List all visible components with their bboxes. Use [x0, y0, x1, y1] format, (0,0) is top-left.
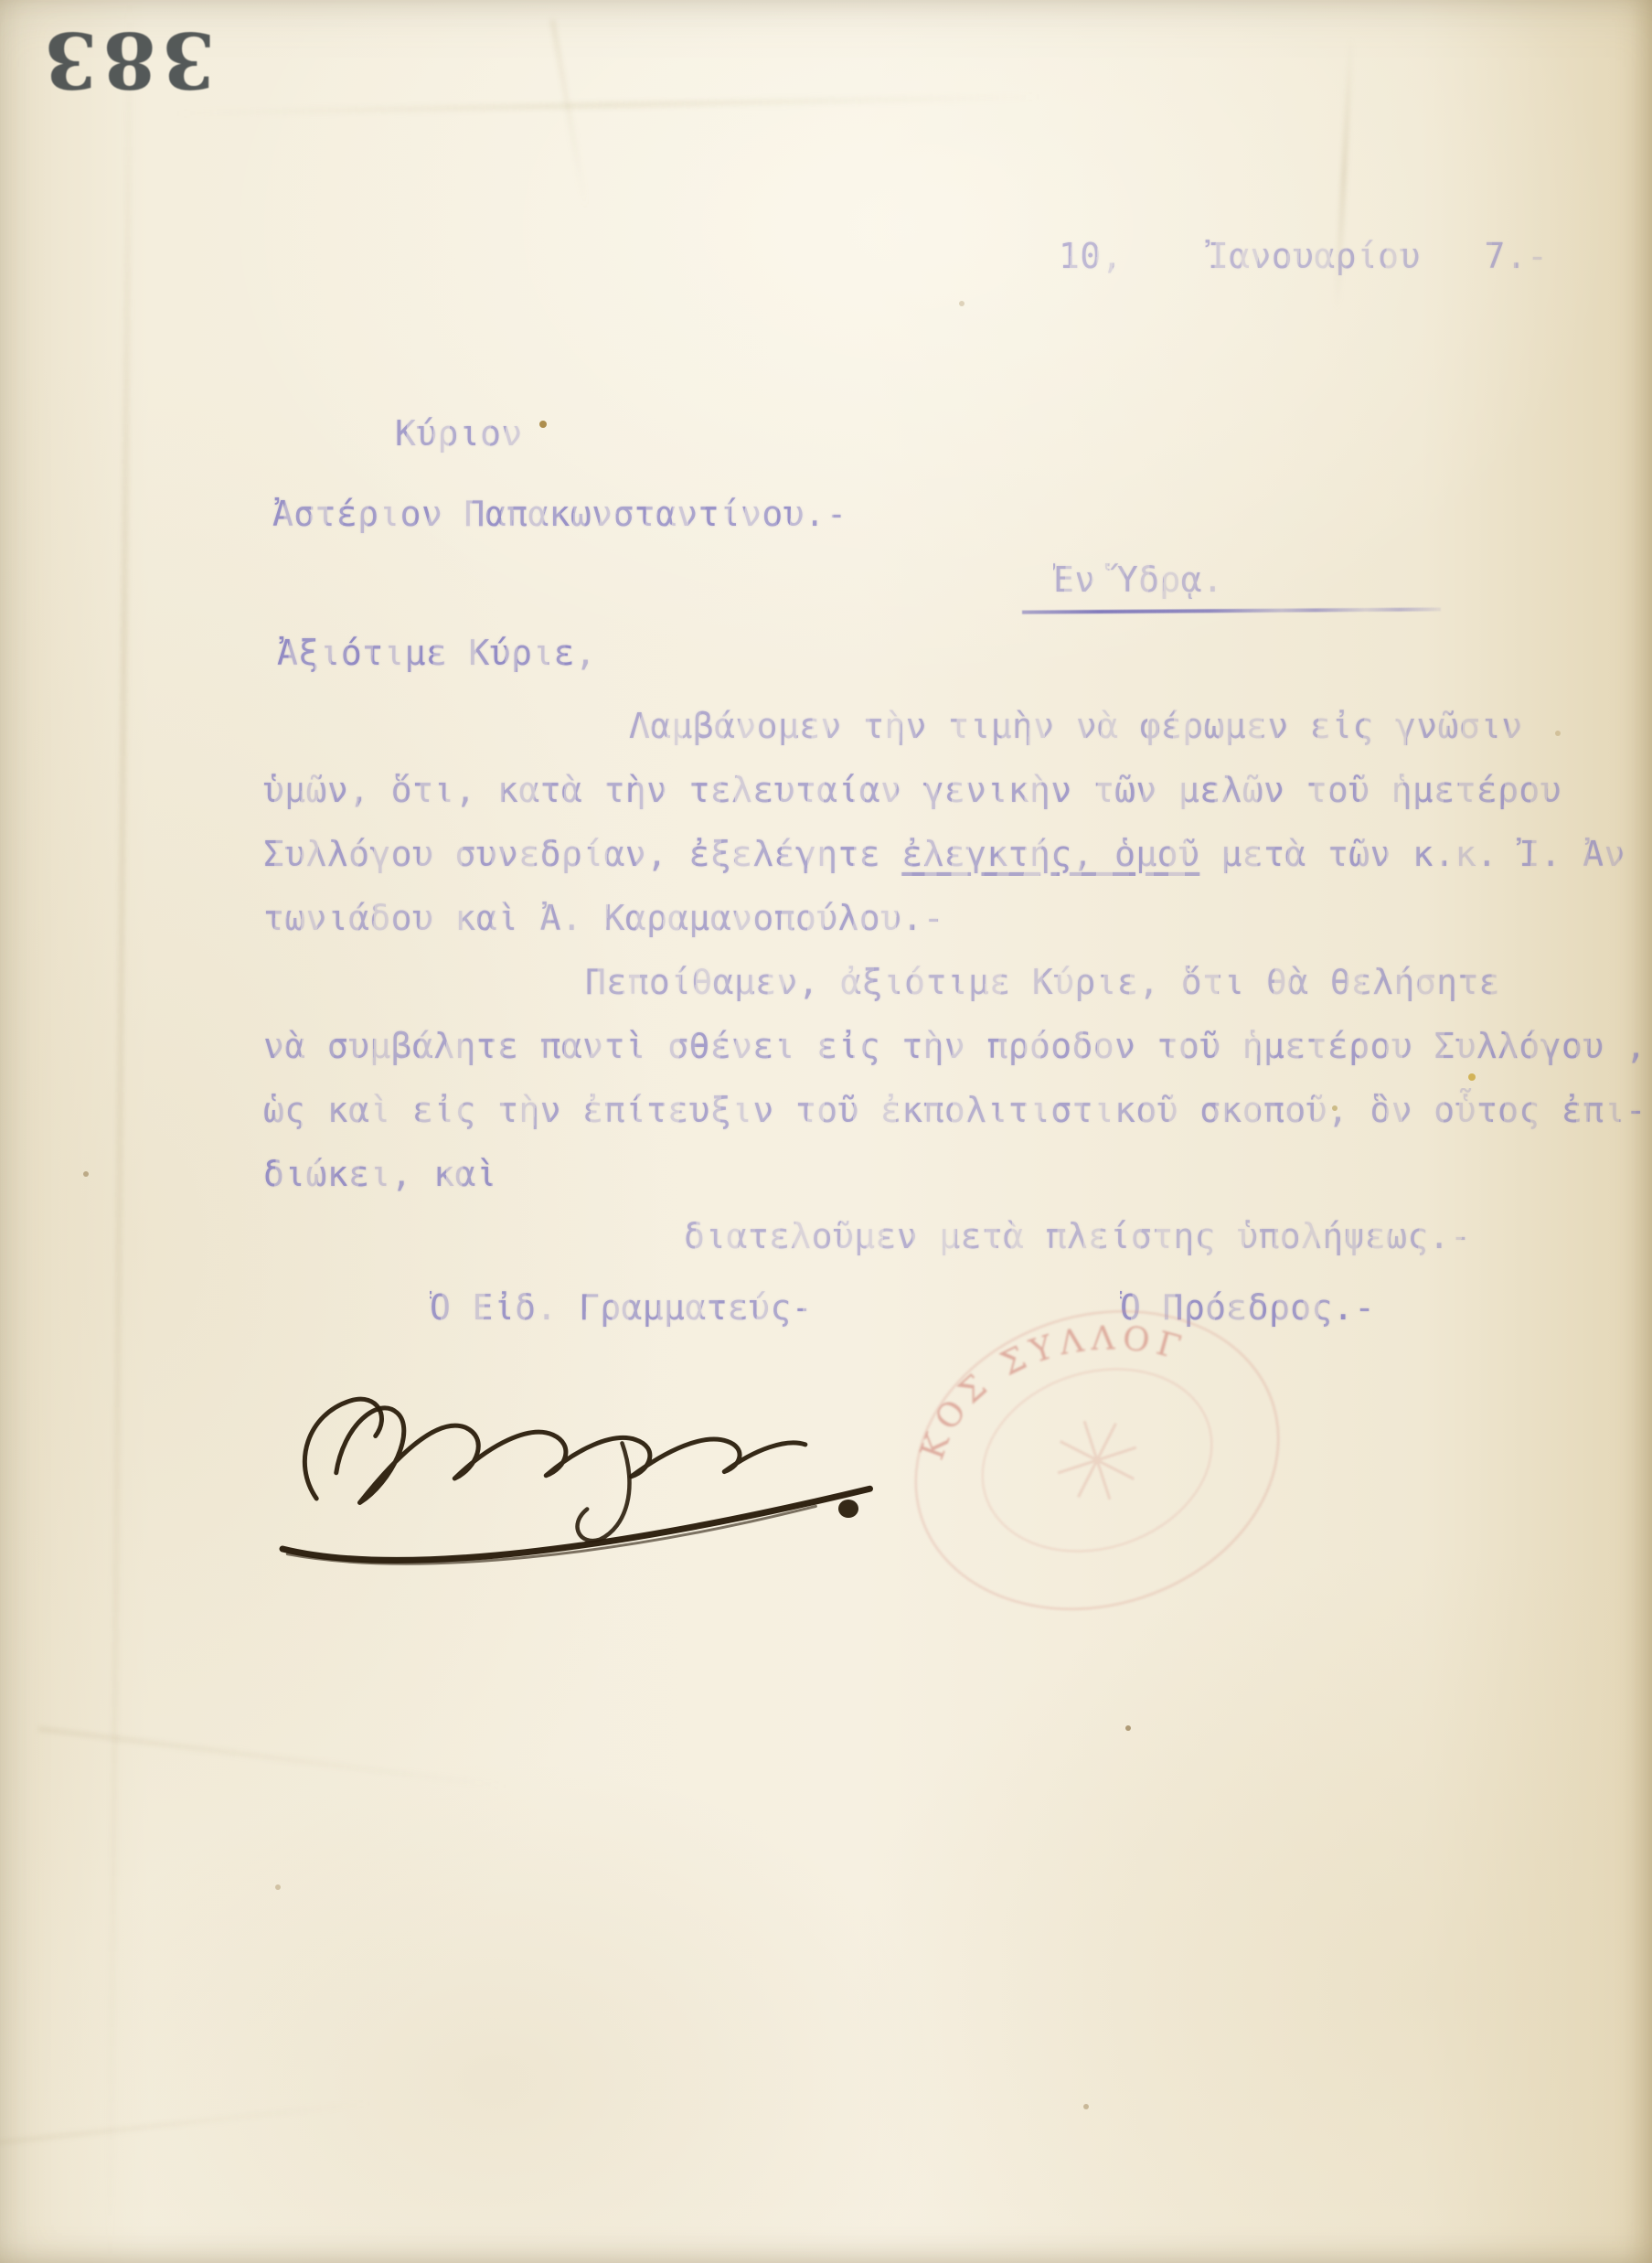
- closing-line: διατελοῦμεν μετὰ πλείστης ὑπολήψεως.-: [684, 1214, 1471, 1258]
- place-underline-rule: [1022, 607, 1441, 614]
- body-p1-line3-underlined: ἐλεγκτής, ὁμοῦ: [901, 834, 1199, 874]
- recipient-title: Κύριον: [395, 411, 523, 455]
- foxing-specks: [0, 0, 4, 4]
- body-p1-line3-post: μετὰ τῶν κ.κ. Ἰ. Ἀν: [1199, 834, 1625, 874]
- body-p2-line3: ὡς καὶ εἰς τὴν ἐπίτευξιν τοῦ ἐκπολιτιστι…: [263, 1088, 1647, 1132]
- handwritten-signature: [229, 1333, 987, 1598]
- paper-crease: [550, 19, 588, 209]
- body-p2-line2: νὰ συμβάλητε παντὶ σθένει εἰς τὴν πρόοδο…: [263, 1024, 1647, 1068]
- body-p2-line4: διώκει, καὶ: [263, 1152, 497, 1196]
- body-p1-line3: Συλλόγου συνεδρίαν, ἐξελέγητε ἐλεγκτής, …: [263, 832, 1625, 876]
- place-line: Ἐν Ὕδρᾳ.: [1053, 558, 1223, 602]
- body-p1-line1: Λαμβάνομεν τὴν τιμὴν νὰ φέρωμεν εἰς γνῶσ…: [629, 704, 1523, 748]
- paper-crease: [0, 2101, 374, 2147]
- body-p1-line3-pre: Συλλόγου συνεδρίαν, ἐξελέγητε: [263, 834, 901, 874]
- stamp-emblem-star-icon: [1045, 1408, 1148, 1511]
- body-p1-line2: ὑμῶν, ὅτι, κατὰ τὴν τελευταίαν γενικὴν τ…: [263, 768, 1561, 812]
- body-p1-line4: τωνιάδου καὶ Ἀ. Καραμανοπούλου.-: [263, 896, 944, 940]
- letter-scan-page: 383 10, Ἰανουαρίου 7.- Κύριον Ἀστέριον Π…: [0, 0, 1652, 2263]
- paper-crease: [107, 0, 133, 2263]
- paper-crease: [38, 1726, 511, 1788]
- recipient-name: Ἀστέριον Παπακωνσταντίνου.-: [272, 492, 847, 536]
- secretary-title: Ὁ Εἰδ. Γραμματεύς-: [430, 1286, 813, 1329]
- archive-page-number: 383: [38, 15, 215, 105]
- body-p2-line1: Πεποίθαμεν, ἀξιότιμε Κύριε, ὅτι θὰ θελήσ…: [585, 960, 1500, 1004]
- salutation: Ἀξιότιμε Κύριε,: [277, 631, 596, 675]
- ink-blot: [838, 1500, 858, 1518]
- paper-crease: [174, 94, 1042, 116]
- date-line: 10, Ἰανουαρίου 7.-: [1059, 234, 1548, 278]
